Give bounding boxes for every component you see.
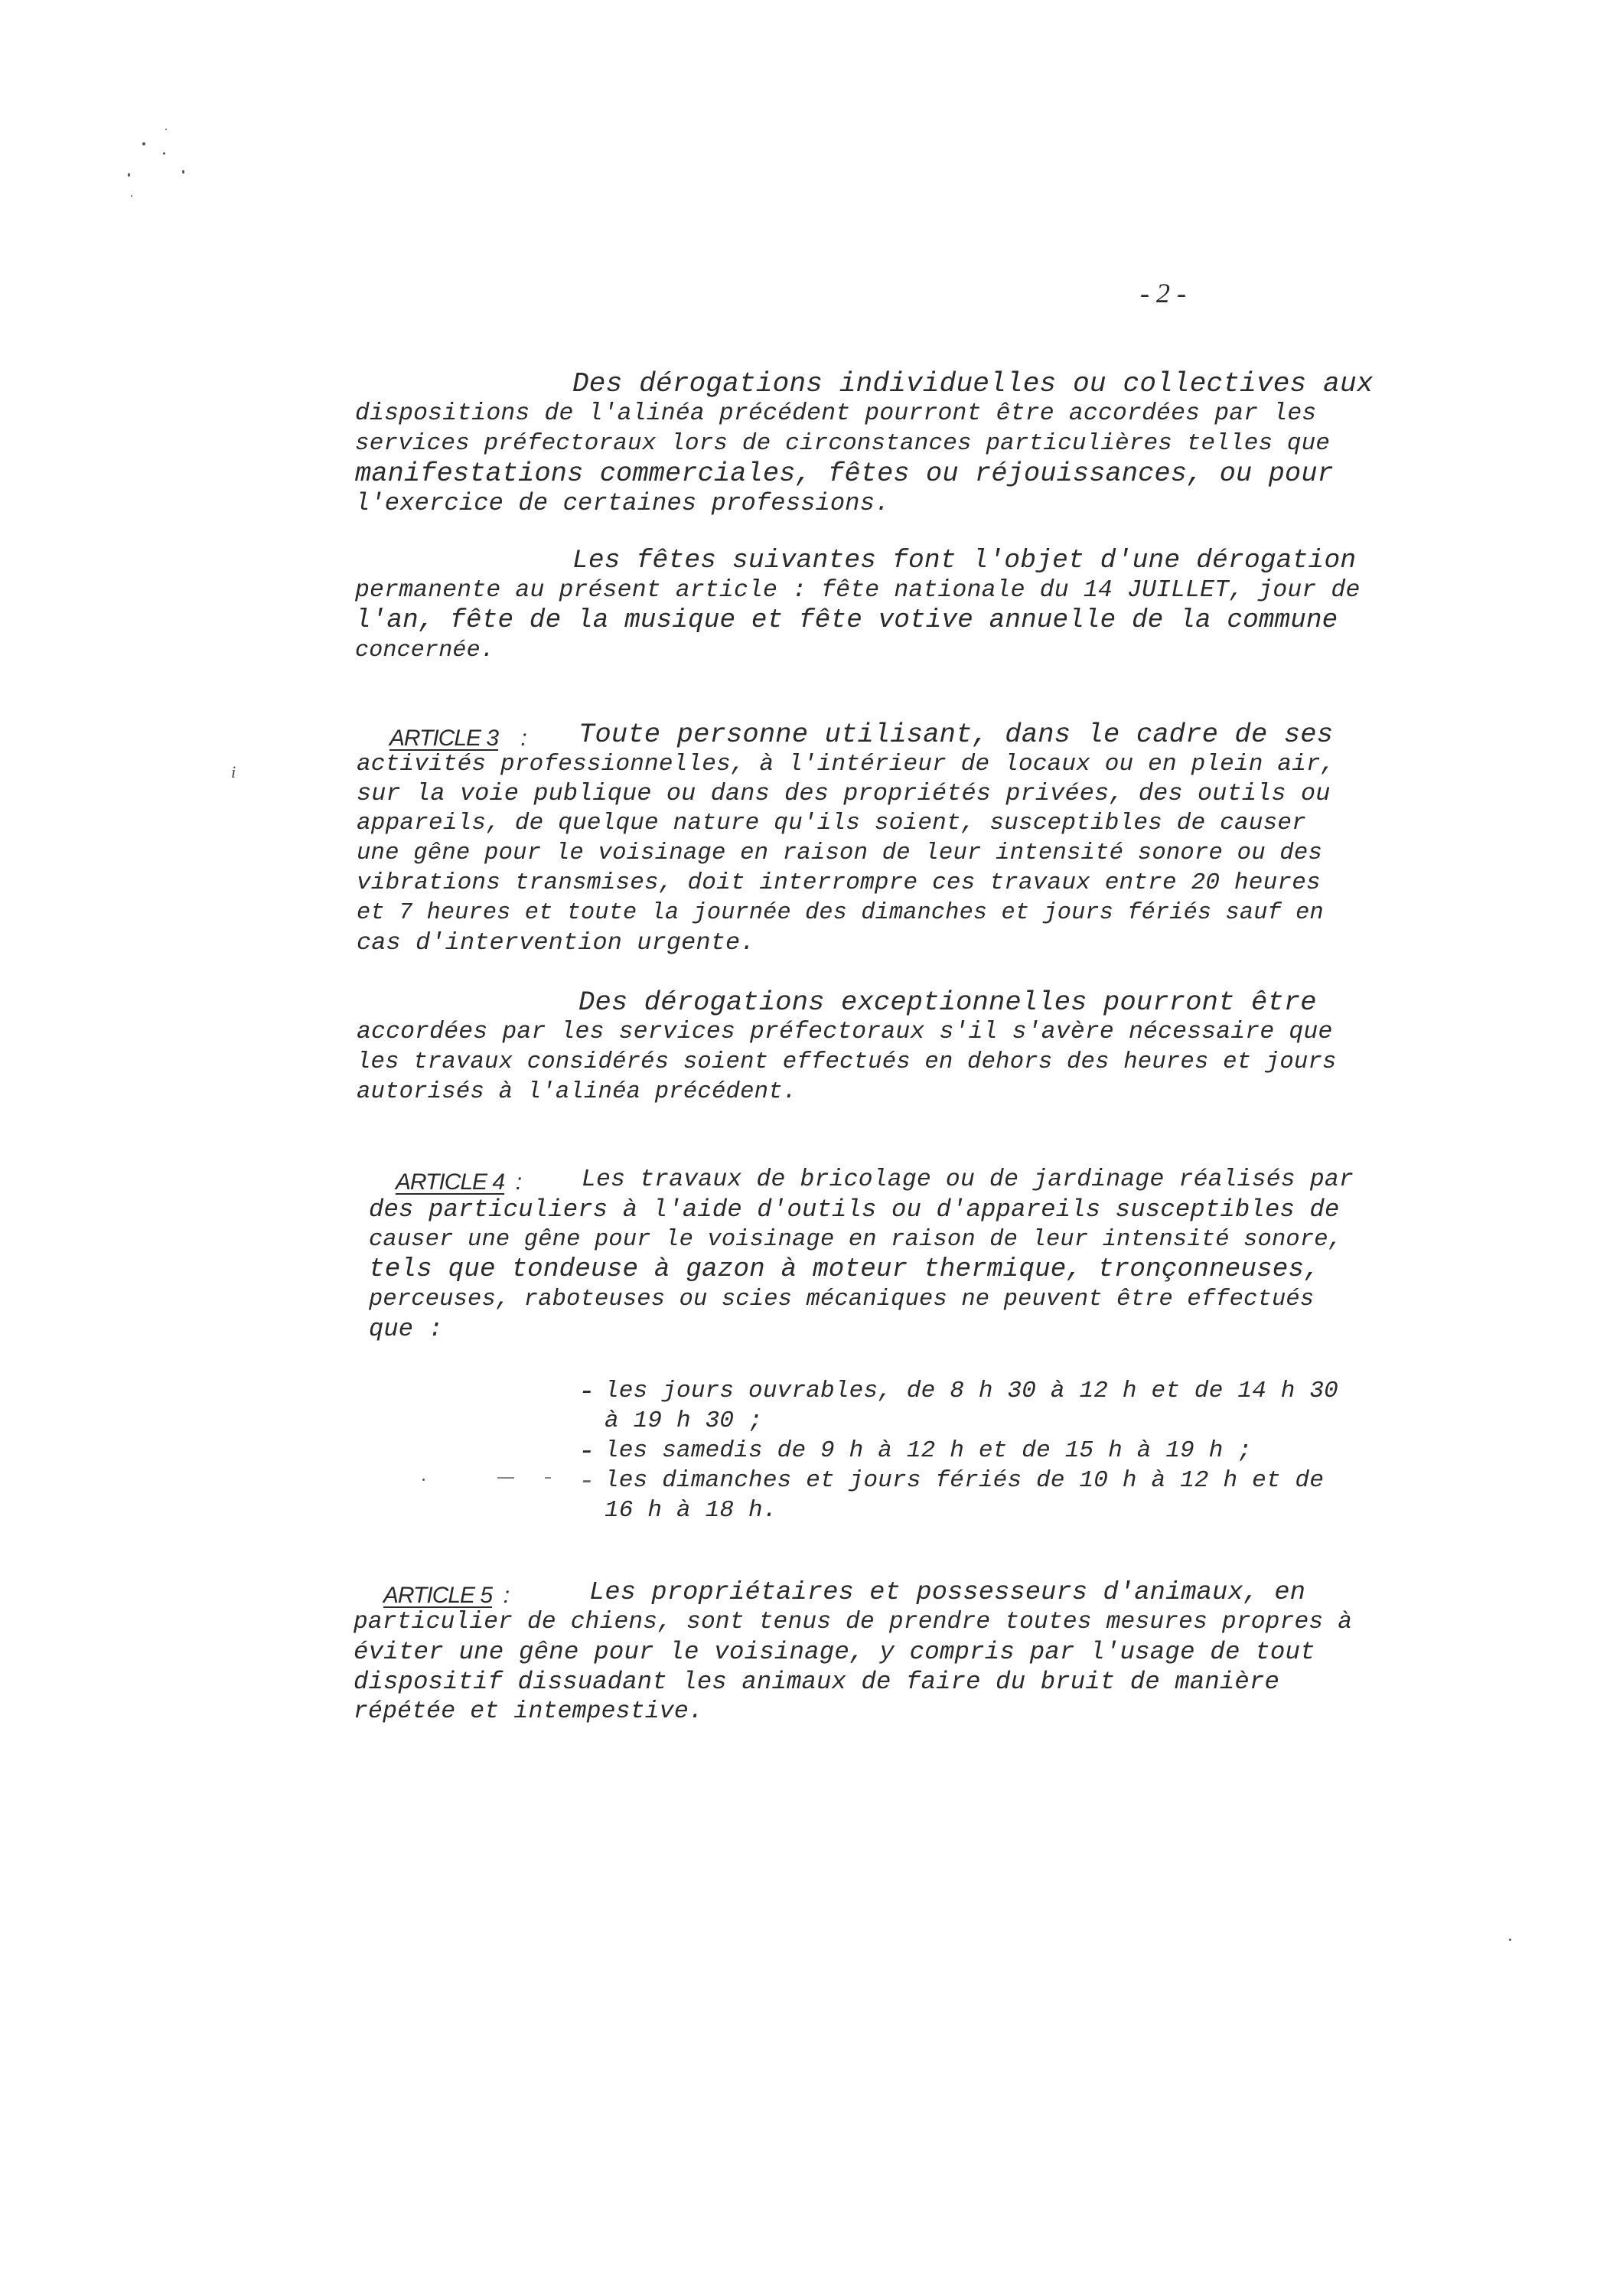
text-line: permanente au présent article : fête nat… [355, 576, 1361, 606]
article-5-colon: : [504, 1583, 509, 1608]
text-line: Les propriétaires et possesseurs d'anima… [589, 1577, 1305, 1608]
heading-spacer [504, 1169, 516, 1195]
scan-speck [545, 1477, 551, 1479]
text-line: Des dérogations individuelles ou collect… [572, 369, 1374, 400]
text-line: activités professionnelles, à l'intérieu… [357, 749, 1335, 780]
page-number: - 2 - [1140, 277, 1186, 309]
text-line: Les fêtes suivantes font l'objet d'une d… [572, 546, 1356, 576]
scan-speck [422, 1479, 425, 1481]
text-line: Les travaux de bricolage ou de jardinage… [582, 1165, 1354, 1195]
list-dash: - [578, 1376, 595, 1407]
text-line: autorisés à l'alinéa précédent. [357, 1077, 797, 1107]
text-line: dispositif dissuadant les animaux de fai… [354, 1667, 1279, 1698]
heading-spacer [492, 1583, 504, 1608]
text-line: dispositions de l'alinéa précédent pourr… [355, 399, 1316, 429]
text-line: perceuses, raboteuses ou scies mécanique… [369, 1284, 1314, 1315]
article-3-label: ARTICLE 3 [389, 726, 498, 751]
text-line: l'exercice de certaines professions. [355, 488, 890, 519]
text-line: et 7 heures et toute la journée des dima… [357, 898, 1324, 928]
article-4-colon: : [516, 1169, 521, 1195]
text-line: appareils, de quelque nature qu'ils soie… [357, 808, 1306, 839]
text-line: concernée. [355, 635, 494, 666]
text-line: sur la voie publique ou dans des proprié… [357, 778, 1331, 809]
scan-speck [165, 129, 167, 130]
scan-speck [142, 142, 145, 145]
margin-mark: i [231, 762, 236, 782]
text-line: éviter une gêne pour le voisinage, y com… [354, 1637, 1315, 1668]
text-line: les dimanches et jours fériés de 10 h à … [605, 1466, 1324, 1496]
scan-speck [182, 170, 184, 174]
text-line: Des dérogations exceptionnelles pourront… [578, 987, 1317, 1018]
text-line: répétée et intempestive. [354, 1697, 703, 1727]
text-line: les travaux considérés soient effectués … [357, 1047, 1337, 1078]
scan-speck [1509, 1939, 1511, 1941]
article-3-colon: : [520, 726, 526, 751]
text-line: les samedis de 9 h à 12 h et de 15 h à 1… [605, 1436, 1252, 1466]
text-line: tels que tondeuse à gazon à moteur therm… [369, 1254, 1320, 1285]
text-line: l'an, fête de la musique et fête votive … [355, 605, 1338, 636]
text-line: particulier de chiens, sont tenus de pre… [354, 1607, 1352, 1638]
text-line: services préfectoraux lors de circonstan… [355, 429, 1330, 459]
document-page: - 2 - i Des dérogations individuelles ou… [0, 0, 1623, 2296]
scan-speck [163, 152, 165, 155]
text-line: que : [369, 1314, 443, 1345]
text-line: une gêne pour le voisinage en raison de … [357, 838, 1322, 869]
text-line: des particuliers à l'aide d'outils ou d'… [369, 1195, 1340, 1225]
text-line: manifestations commerciales, fêtes ou ré… [355, 458, 1334, 489]
text-line: accordées par les services préfectoraux … [357, 1017, 1333, 1048]
text-line: à 19 h 30 ; [605, 1406, 763, 1437]
scan-speck [128, 173, 130, 177]
text-line: cas d'intervention urgente. [357, 928, 755, 958]
text-line: vibrations transmises, doit interrompre … [357, 868, 1321, 899]
heading-spacer [498, 726, 520, 751]
text-line: 16 h à 18 h. [605, 1495, 777, 1526]
article-4-label: ARTICLE 4 [396, 1169, 504, 1195]
text-line: Toute personne utilisant, dans le cadre … [578, 719, 1333, 750]
scan-speck [497, 1477, 514, 1479]
text-line: les jours ouvrables, de 8 h 30 à 12 h et… [605, 1376, 1338, 1407]
scan-speck [131, 195, 132, 197]
list-dash: - [578, 1436, 595, 1467]
list-dash: - [578, 1466, 595, 1497]
text-line: causer une gêne pour le voisinage en rai… [369, 1225, 1342, 1255]
article-5-label: ARTICLE 5 [383, 1583, 492, 1608]
